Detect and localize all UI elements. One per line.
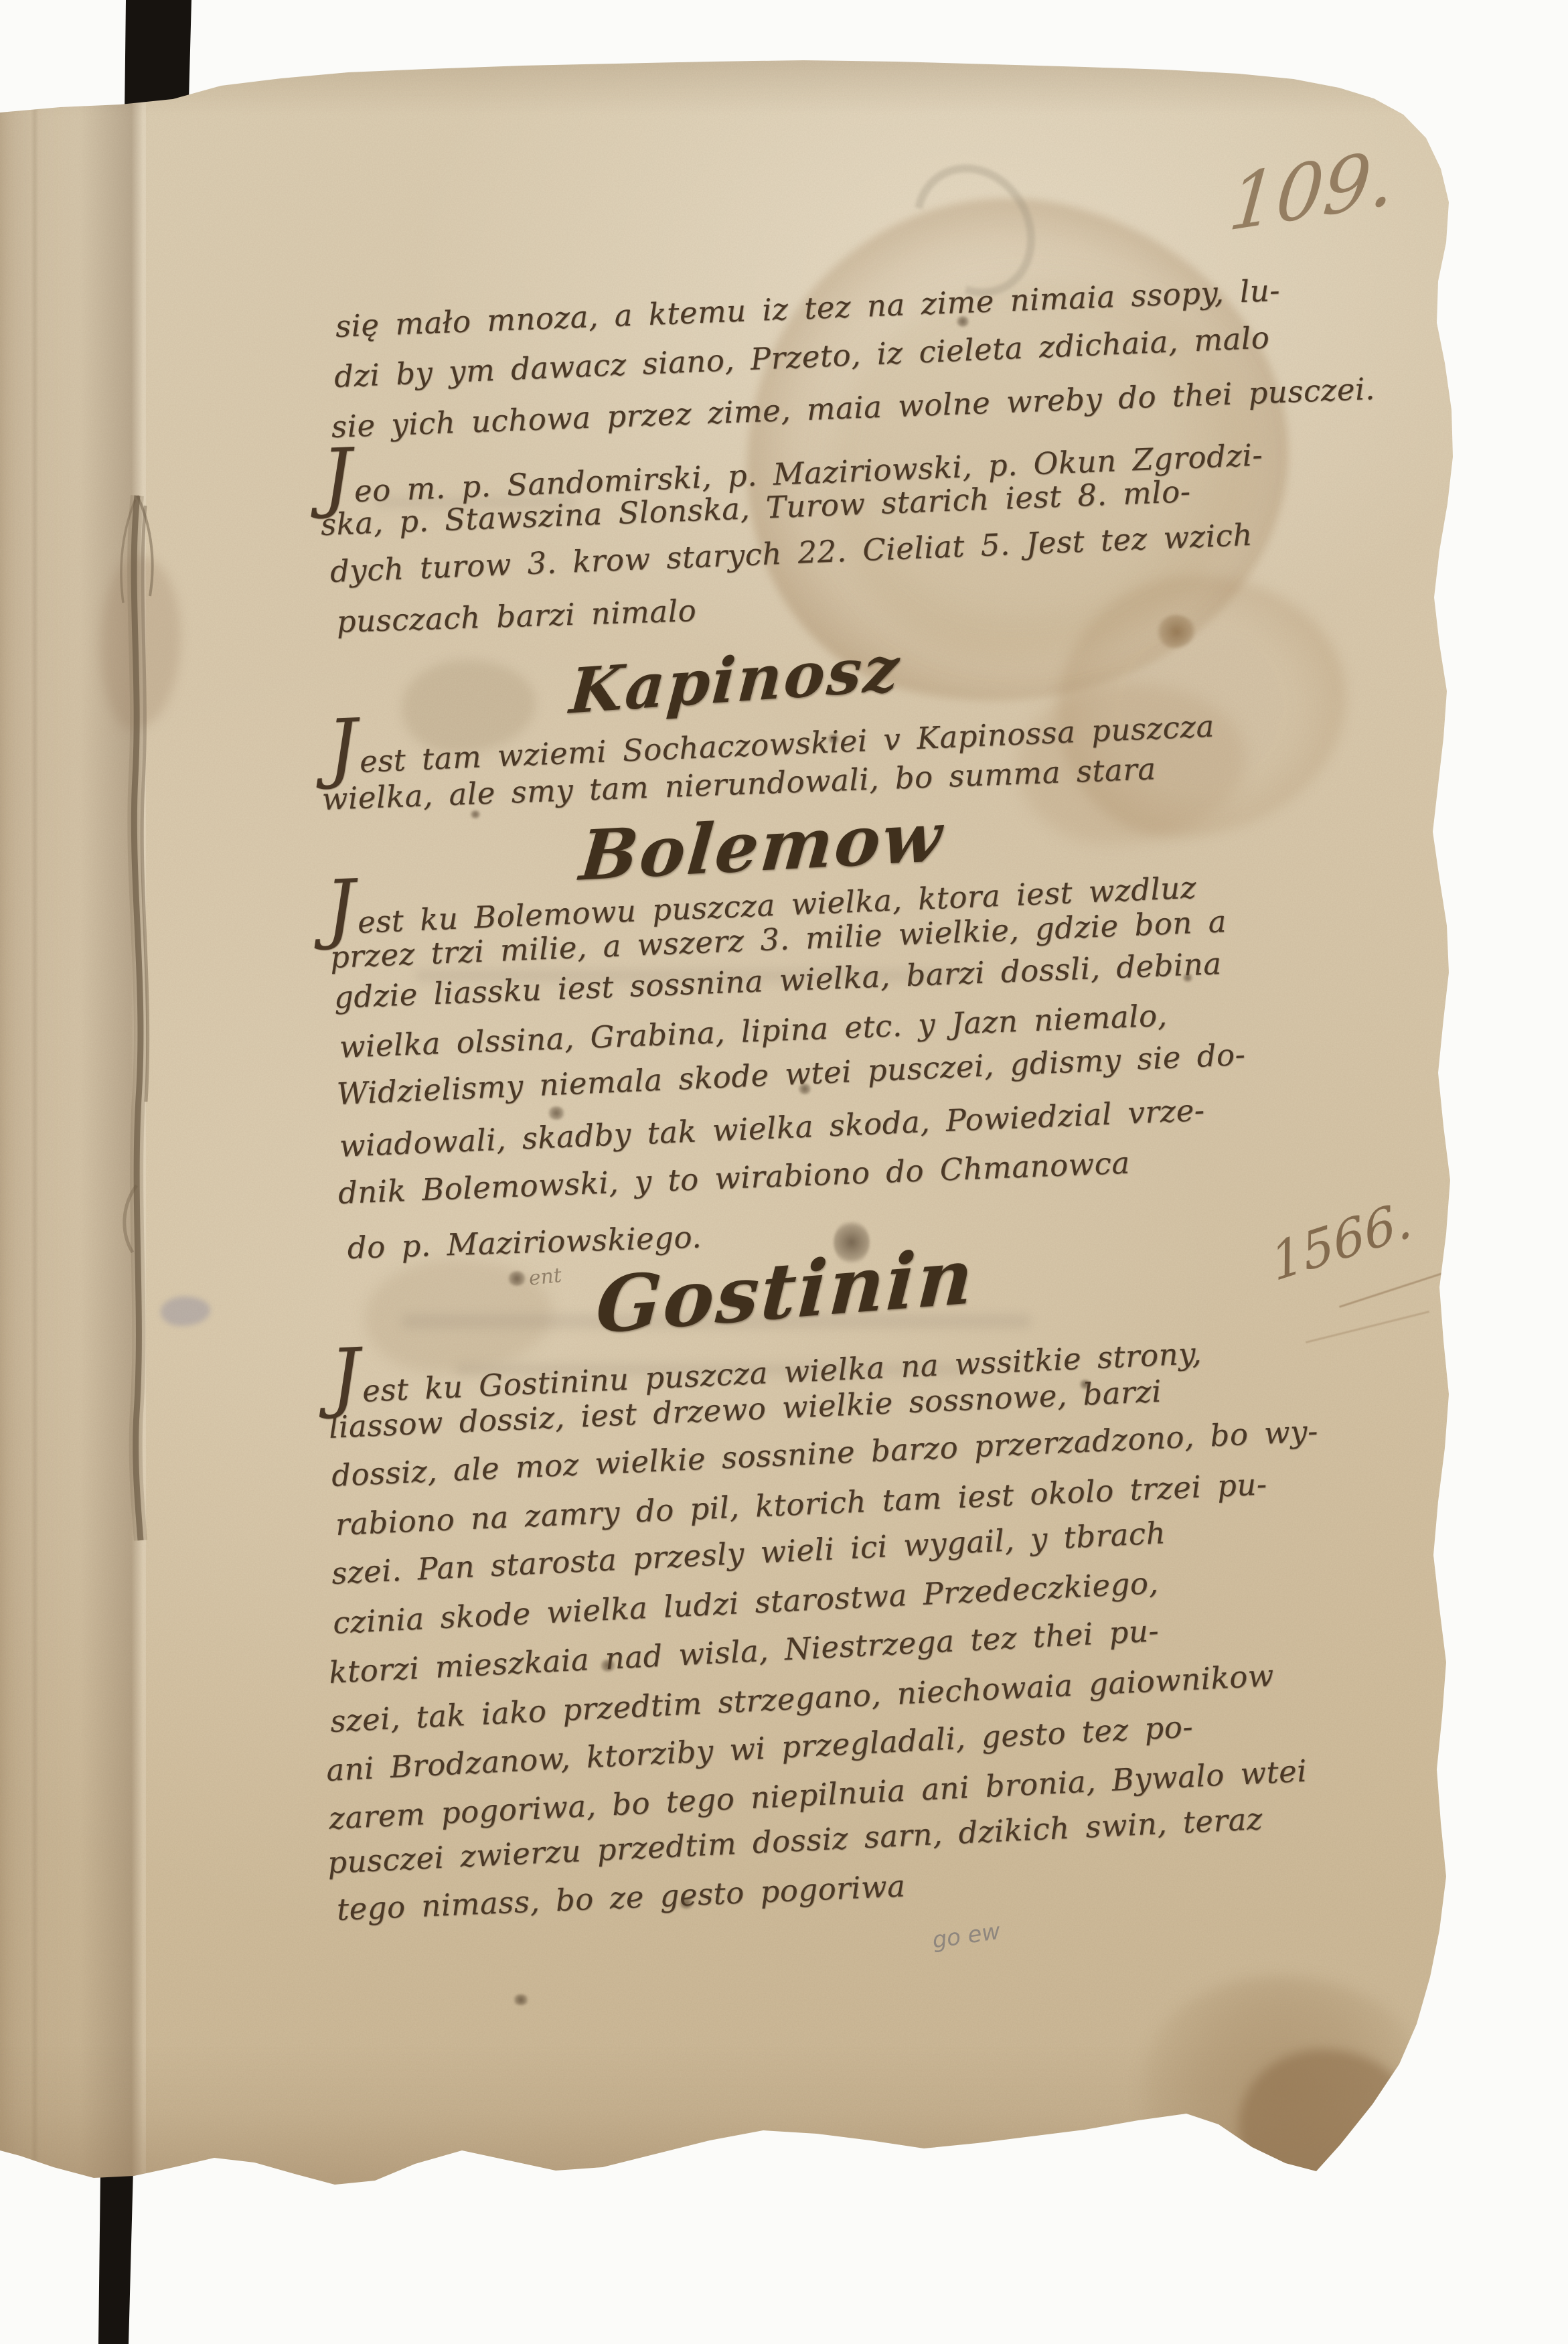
scan-surface: 109. 1566. się mało mnoza, a ktemu iz te… xyxy=(0,0,1568,2344)
interlinear-note: ent xyxy=(528,1264,563,1291)
top-edge-shadow xyxy=(0,58,1473,114)
bottom-edge-wear xyxy=(0,2048,1473,2189)
manuscript-page: 109. 1566. się mało mnoza, a ktemu iz te… xyxy=(0,0,1568,2344)
gutter-crease xyxy=(31,0,39,2344)
binding-thread xyxy=(74,475,248,1560)
